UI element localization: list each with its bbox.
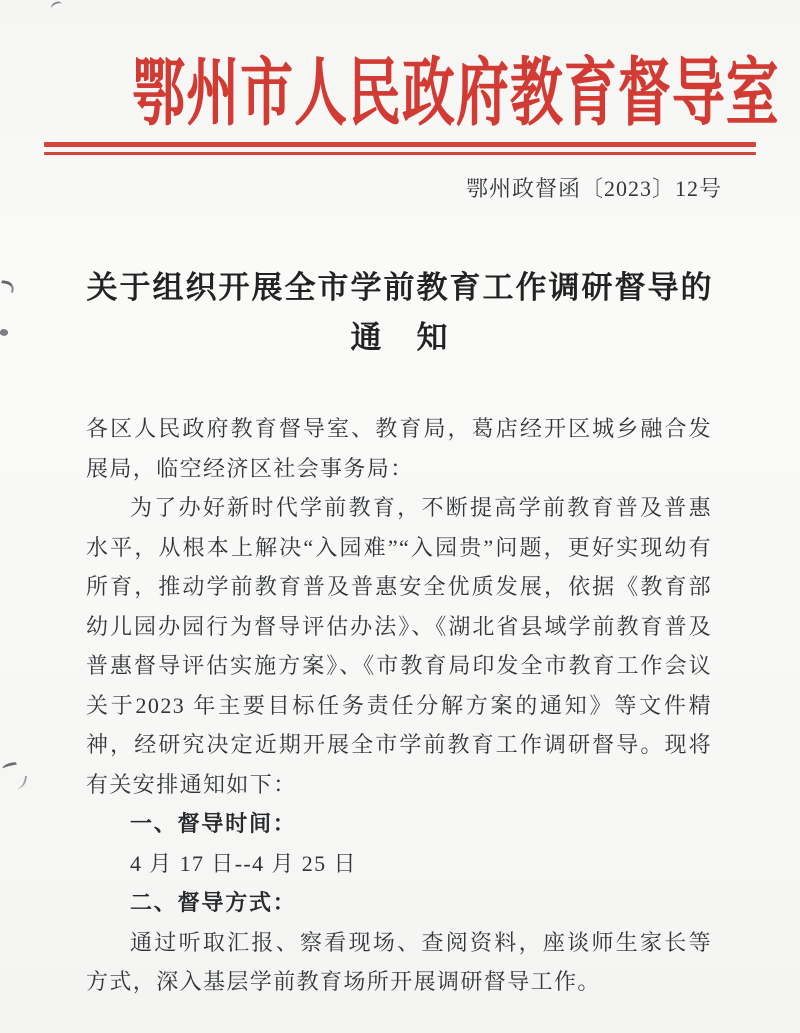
agency-name-text: 鄂州市人民政府教育督导室 bbox=[132, 50, 780, 138]
salutation: 各区人民政府教育督导室、教育局，葛店经开区城乡融合发展局，临空经济区社会事务局： bbox=[86, 409, 712, 488]
scan-artifact bbox=[50, 0, 63, 8]
section1-content: 4 月 17 日--4 月 25 日 bbox=[86, 844, 712, 884]
agency-name: 鄂州市人民政府教育督导室 bbox=[0, 50, 800, 140]
document-body: 各区人民政府教育督导室、教育局，葛店经开区城乡融合发展局，临空经济区社会事务局：… bbox=[86, 409, 712, 1002]
red-rule-thick bbox=[44, 142, 756, 147]
document-title-line2: 通 知 bbox=[0, 313, 800, 363]
document-title-line1: 关于组织开展全市学前教育工作调研督导的 bbox=[0, 263, 800, 313]
scanned-document-page: 鄂州市人民政府教育督导室 鄂州政督函〔2023〕12号 关于组织开展全市学前教育… bbox=[0, 0, 800, 1033]
scan-artifact bbox=[2, 762, 18, 771]
document-number: 鄂州政督函〔2023〕12号 bbox=[0, 175, 722, 203]
section2-heading: 二、督导方式： bbox=[86, 883, 712, 923]
scan-artifact bbox=[15, 774, 27, 790]
section2-content: 通过听取汇报、察看现场、查阅资料，座谈师生家长等方式，深入基层学前教育场所开展调… bbox=[86, 923, 712, 1002]
intro-paragraph: 为了办好新时代学前教育，不断提高学前教育普及普惠水平，从根本上解决“入园难”“入… bbox=[86, 488, 712, 804]
red-rule-thin bbox=[44, 152, 756, 155]
section1-heading: 一、督导时间： bbox=[86, 804, 712, 844]
document-title: 关于组织开展全市学前教育工作调研督导的 通 知 bbox=[0, 263, 800, 363]
letterhead: 鄂州市人民政府教育督导室 鄂州政督函〔2023〕12号 bbox=[0, 50, 800, 203]
